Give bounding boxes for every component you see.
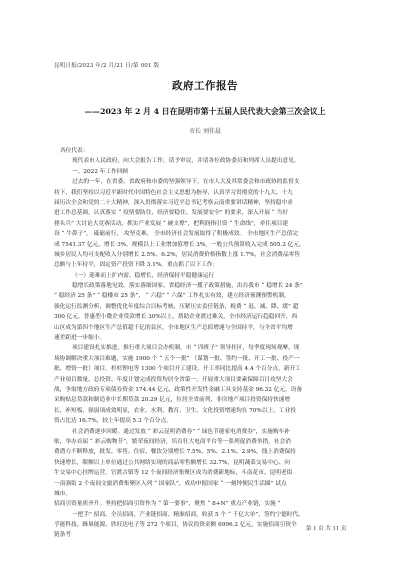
- body-line: 长，补短板、强弱项成效明显，农业、水利、教育、卫生、文化投资增速均在 70%以上…: [54, 406, 360, 416]
- document-page: 昆明日报/2023 年/2 月/21 日/第 001 版 政府工作报告 ——20…: [0, 0, 410, 580]
- body-line: 牛交易中心挂牌运营，官渡古镇等 12 个夜间经济集聚区成为消费新地标，斗南花市、…: [54, 468, 360, 478]
- body-line: 速差距进一步缩小。: [54, 333, 360, 343]
- body-line: 场协调解决重大项目难题，实施 1900 个 “ 五个一批” （谋划一批、签约一批…: [54, 354, 360, 364]
- body-line: 城乡居民人均可支配收入分别增长 2.5%、6.2%，居民消费价格指数上涨 1.7…: [54, 250, 360, 260]
- section-heading: 一、2022 年工作回顾: [60, 167, 360, 177]
- body-line: 项目建设扎实推进。推行重大项目会办机制，市 “ 四班子” 领导挂区，每季度现场观…: [60, 343, 360, 353]
- body-line: 招商引资量质齐升。坚持把招商引资作为 “ 第一要事”，聚焦 “ 8+N” 重点产…: [54, 499, 360, 509]
- body-line: 持下，我们坚持以习近平新时代中国特色社会主义思想为指导，认真学习贯彻党的十九大、…: [54, 188, 360, 198]
- body-line: 贴，举办首届 “ 彩云购物节”，繁荣夜间经济，培育壮大电商平台等一系列促消费举措…: [54, 437, 360, 447]
- body-line: 届历次全会和党的二十大精神，深入贯彻落实习近平总书记考察云南重要讲话精神，坚持稳…: [54, 198, 360, 208]
- body-line: 社会消费逐步回暖。通过发放 “ 彩云昆明消费券” “ 绿色节能家电消费券”，实施…: [60, 427, 360, 437]
- body-line: 强化运行监测分析，调整优化年度综合目标考核，压紧压实责任链条，税费 “ 退、减、…: [54, 302, 360, 312]
- body-line: “ 稳经济 25 条” “ 稳楼市 25 条”， “ 六稳” “ 六保” 工作扎…: [54, 291, 360, 301]
- body-line: 总额与上年持平，固定资产投资下降 3.1%。重点抓了以下工作：: [54, 260, 360, 270]
- document-body: 各位代表：现代表市人民政府，向大会报告工作，请予审议，并请各位政协委员和列席人员…: [60, 146, 360, 541]
- body-line: 进工作总基调，认真落实 “ 疫情要防住、经济要稳住、发展要安全” 的要求，深入开…: [54, 208, 360, 218]
- body-line: 设 “ 牛鼻子”， 砥砺前行， 攻坚克难， 全市经济社会发展取得了积极成效。 全…: [54, 229, 360, 239]
- document-subtitle: ——2023 年 2 月 4 日在昆明市第十五届人民代表大会第三次会议上: [0, 106, 410, 117]
- body-line: 战，争取地方政府专项债券资金 174.44 亿元，政策性开发性金融工具支持基金 …: [54, 385, 360, 395]
- document-title: 政府工作报告: [0, 78, 410, 93]
- body-line: 产业项目数量、总投资、年度计划完成投资均居全省第一。开展重大项目要素保障百日攻坚…: [54, 375, 360, 385]
- body-line: 300 亿元，普惠型小微企业贷款增长 30%以上，帮助企业渡过难关，全市经济运行…: [54, 312, 360, 322]
- body-line: 费潜力不断释放，批发、零售、住宿、餐饮分别增长 7.5%、5%、2.1%、2.9…: [54, 447, 360, 457]
- body-line: 资占比达 16.7%，较上年提高 5.3 个百分点。: [54, 416, 360, 426]
- body-line: 快速增长，限额以上单位通过公共网络实现的商品零售额增长 32.7%，昆明蔬菜交易…: [54, 458, 360, 468]
- subsection-heading: （一）迎难而上扩内需、稳增长，经济保持平稳健康运行: [60, 271, 360, 281]
- page-indicator: 第 1 页 共 11 页: [306, 524, 346, 532]
- body-line: 链条考: [54, 530, 360, 540]
- body-line: 过去的一年，在省委、省政府和市委的坚强领导下，在市人大及其常委会和市政协的监督支: [60, 177, 360, 187]
- body-line: 城市。: [54, 489, 360, 499]
- body-line: 一把手” 招商、全员招商、产业链招商、精准招商，收获 5 个 “ 千亿大单”，签…: [60, 510, 360, 520]
- body-line: 批、增资一批）项目，杉杉锂电等 1300 个项目开工建设，开工率同比提高 4.4…: [54, 364, 360, 374]
- body-line: 山区成为第四个地区生产总值超千亿的县区，全市地区生产总值增速与全国持平，与全省平…: [54, 323, 360, 333]
- body-line: 成 7541.37 亿元，增长 3%，规模以上工业增加值增长 3%，一般公共预算…: [54, 240, 360, 250]
- body-line: 排头兵” 大讨论大竞赛活动，抓实产业发展 “ 硬支撑”，把利润指引资 “ 生命线…: [54, 219, 360, 229]
- body-line: 现代表市人民政府，向大会报告工作，请予审议，并请各位政协委员和列席人员提出意见。: [60, 156, 360, 166]
- body-line: 各位代表：: [60, 146, 360, 156]
- body-line: 一南强街 2 个夜间文旅消费集聚区入列 “ 国家队”，成功申报国家 “ 一刻钟便…: [54, 479, 360, 489]
- body-line: 稳增长政策落地见效。落实落细国家、省稳经济一揽子政策措施，出台我市 “ 稳增长 …: [60, 281, 360, 291]
- document-author: 市长 刘佳晨: [0, 126, 410, 135]
- source-line: 昆明日报/2023 年/2 月/21 日/第 001 版: [54, 61, 159, 69]
- body-line: 采购贴息贷款和制造业中长期贷款 20.29 亿元，位居全省前列，非房地产项目投资…: [54, 395, 360, 405]
